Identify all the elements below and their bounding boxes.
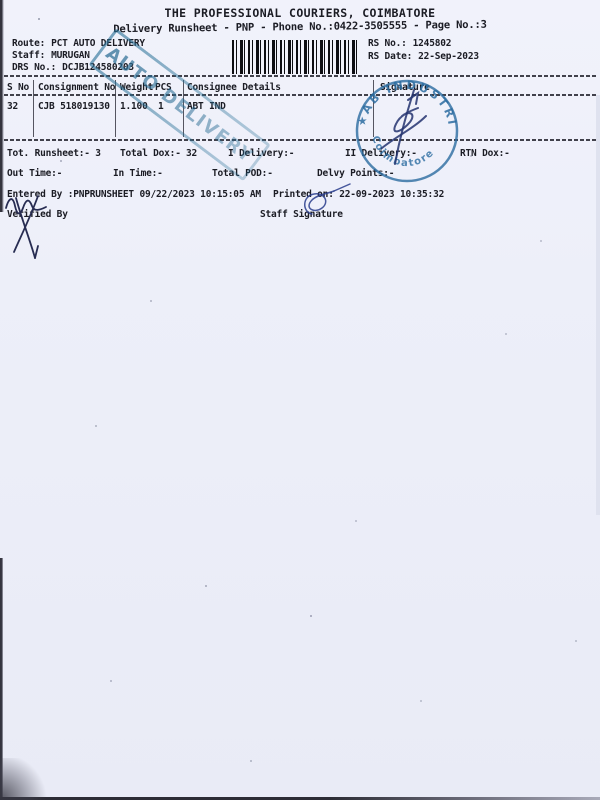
rs-date-line: RS Date:22-Sep-2023 — [368, 51, 479, 62]
rtn-dox: RTN Dox:- — [460, 148, 510, 159]
column-line-1 — [33, 80, 34, 137]
header-consignment-no: Consignment No — [38, 82, 115, 93]
rs-date-value: 22-Sep-2023 — [418, 51, 479, 62]
scan-corner-smudge — [0, 758, 50, 800]
scan-noise-speckles — [0, 0, 2, 2]
staff-line: Staff:MURUGAN — [12, 50, 90, 61]
scan-edge-right — [596, 95, 600, 515]
total-dox-value: 32 — [186, 148, 197, 159]
in-time: In Time:- — [113, 168, 163, 179]
scan-edge-left-top — [0, 0, 4, 212]
divider-under-row — [4, 139, 596, 141]
staff-label: Staff: — [12, 50, 45, 61]
out-time: Out Time:- — [7, 168, 62, 179]
rs-no-line: RS No.:1245802 — [368, 38, 451, 49]
divider-top — [4, 75, 596, 77]
staff-value: MURUGAN — [51, 50, 90, 61]
total-dox-label: Total Dox:- — [120, 148, 181, 159]
rs-no-label: RS No.: — [368, 38, 407, 49]
route-label: Route: — [12, 38, 45, 49]
staff-signature-scribble — [296, 182, 360, 222]
tot-runsheet: Tot. Runsheet:- 3 — [7, 148, 101, 159]
round-company-stamp: ★AB INDUSTRIES Coimbatore — [352, 76, 462, 186]
divider-under-header — [4, 94, 596, 96]
rs-date-label: RS Date: — [368, 51, 412, 62]
barcode — [232, 40, 360, 74]
document-subtitle: Delivery Runsheet - PNP - Phone No.:0422… — [0, 17, 600, 36]
stamp-arc-text-bottom: Coimbatore — [369, 135, 436, 169]
cell-consignment-no: CJB 518019130 — [38, 101, 110, 112]
header-s-no: S No — [7, 82, 29, 93]
drs-label: DRS No.: — [12, 62, 56, 73]
rs-no-value: 1245802 — [413, 38, 452, 49]
cell-s-no: 32 — [7, 101, 18, 112]
svg-text:Coimbatore: Coimbatore — [369, 135, 436, 169]
scanned-runsheet-page: THE PROFESSIONAL COURIERS, COIMBATORE De… — [0, 0, 600, 800]
verified-signature — [2, 186, 82, 264]
